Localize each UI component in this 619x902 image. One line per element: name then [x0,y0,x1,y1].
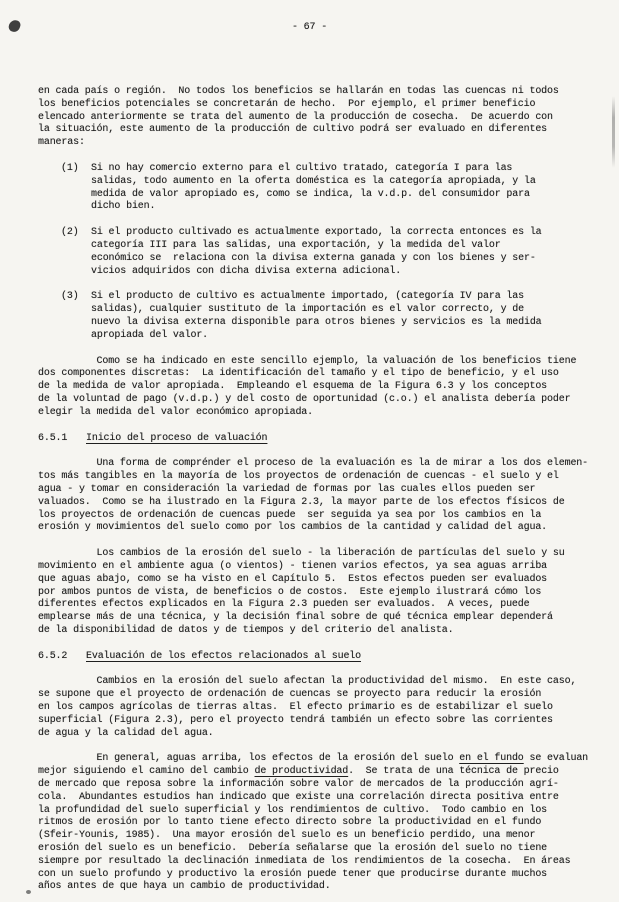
list-item: (1) Si no hay comercio externo para el c… [38,163,603,214]
scan-speck-icon [26,890,31,894]
list-item-marker: (3) [61,291,91,342]
paragraph-valuation-summary: Como se ha indicado en este sencillo eje… [38,356,603,420]
paragraph-intro: en cada país o región. No todos los bene… [38,86,603,150]
benefit-category-list: (1) Si no hay comercio externo para el c… [38,163,603,343]
section-title: Evaluación de los efectos relacionados a… [86,651,361,664]
paragraph-productivity-technique: En general, aguas arriba, los efectos de… [38,753,603,894]
list-item: (3) Si el producto de cultivo es actualm… [38,291,603,342]
paragraph-valuation-process: Una forma de comprénder el proceso de la… [38,458,603,535]
list-item-marker: (1) [61,163,91,214]
list-item-marker: (2) [61,227,91,278]
section-title: Inicio del proceso de valuación [86,433,267,446]
scan-streak-icon [612,96,615,168]
list-item-text: Si el producto cultivado es actualmente … [91,227,603,278]
list-item-text: Si no hay comercio externo para el culti… [91,163,603,214]
section-number: 6.5.1 [38,433,86,446]
paragraph-soil-productivity: Cambios en la erosión del suelo afectan … [38,676,603,740]
page-number: - 67 - [0,22,619,35]
section-heading-6-5-2: 6.5.2 Evaluación de los efectos relacion… [38,651,603,664]
list-item: (2) Si el producto cultivado es actualme… [38,227,603,278]
list-item-text: Si el producto de cultivo es actualmente… [91,291,603,342]
paragraph-erosion-changes: Los cambios de la erosión del suelo - la… [38,548,603,638]
section-heading-6-5-1: 6.5.1 Inicio del proceso de valuación [38,433,603,446]
section-number: 6.5.2 [38,651,86,664]
document-page: - 67 - en cada país o región. No todos l… [0,0,619,902]
